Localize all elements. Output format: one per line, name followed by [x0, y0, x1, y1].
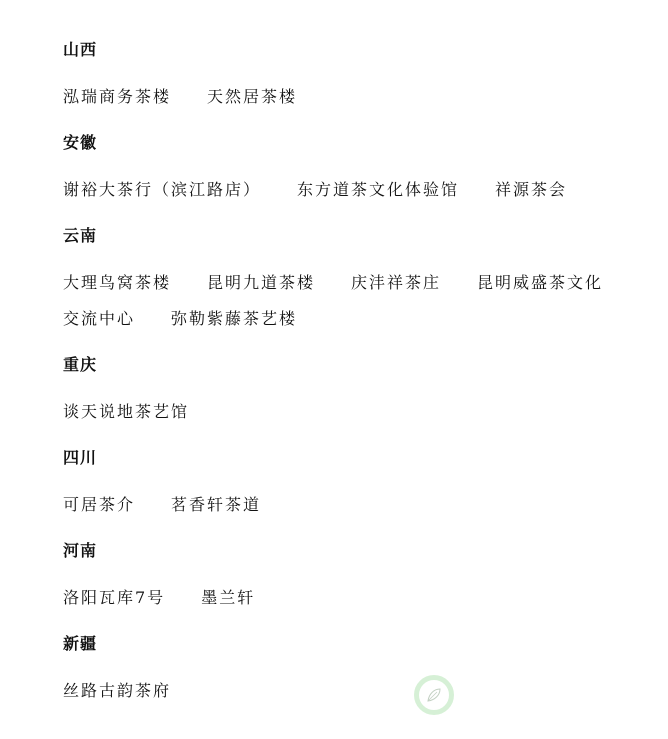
teahouse-name: 昆明九道茶楼 [207, 270, 315, 293]
teahouse-name: 谈天说地茶艺馆 [63, 399, 189, 422]
teahouse-name: 泓瑞商务茶楼 [63, 84, 171, 107]
teahouse-line: 谈天说地茶艺馆 [63, 399, 189, 422]
teahouse-line: 可居茶介茗香轩茶道 [63, 492, 261, 515]
teahouse-name: 昆明威盛茶文化 [477, 270, 603, 293]
province-heading: 云南 [63, 223, 97, 246]
teahouse-name: 庆沣祥茶庄 [351, 270, 441, 293]
teahouse-name: 大理鸟窝茶楼 [63, 270, 171, 293]
teahouse-name: 茗香轩茶道 [171, 492, 261, 515]
teahouse-name: 东方道茶文化体验馆 [297, 177, 459, 200]
teahouse-name: 天然居茶楼 [207, 84, 297, 107]
province-heading: 重庆 [63, 352, 97, 375]
teahouse-name: 弥勒紫藤茶艺楼 [171, 306, 297, 329]
teahouse-line: 交流中心弥勒紫藤茶艺楼 [63, 306, 297, 329]
teahouse-name: 墨兰轩 [201, 585, 255, 608]
province-heading: 新疆 [63, 631, 97, 654]
leaf-logo-icon [425, 686, 443, 704]
watermark-logo [414, 675, 454, 715]
teahouse-line: 洛阳瓦库7号墨兰轩 [63, 585, 255, 608]
teahouse-name: 祥源茶会 [495, 177, 567, 200]
teahouse-name: 谢裕大茶行（滨江路店） [63, 177, 261, 200]
teahouse-name: 丝路古韵茶府 [63, 678, 171, 701]
teahouse-line: 大理鸟窝茶楼昆明九道茶楼庆沣祥茶庄昆明威盛茶文化 [63, 270, 603, 293]
teahouse-name: 洛阳瓦库7号 [63, 585, 165, 608]
teahouse-name: 交流中心 [63, 306, 135, 329]
province-heading: 河南 [63, 538, 97, 561]
province-heading: 四川 [63, 445, 97, 468]
province-heading: 安徽 [63, 130, 97, 153]
teahouse-line: 丝路古韵茶府 [63, 678, 171, 701]
province-heading: 山西 [63, 37, 97, 60]
teahouse-name: 可居茶介 [63, 492, 135, 515]
teahouse-line: 泓瑞商务茶楼天然居茶楼 [63, 84, 297, 107]
teahouse-line: 谢裕大茶行（滨江路店）东方道茶文化体验馆祥源茶会 [63, 177, 567, 200]
